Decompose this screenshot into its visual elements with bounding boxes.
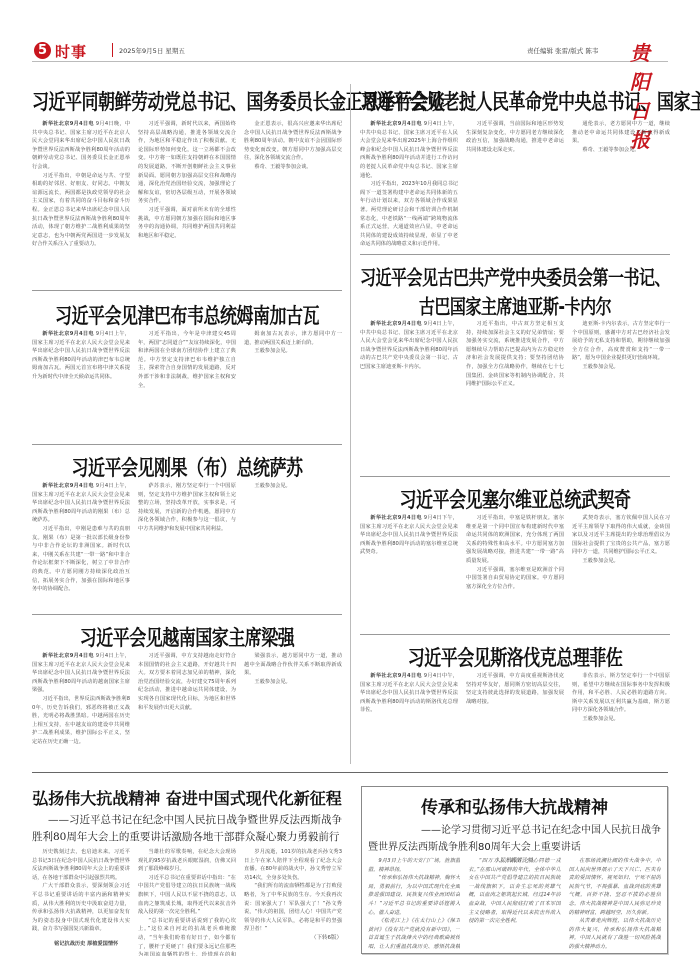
article-column: 通伦表示，老方愿同中方一道，继续推动老中命运共同体建设不断取得新成果。蔡奇、王毅… bbox=[572, 120, 670, 249]
editorial-headline: 传承和弘扬伟大抗战精神 bbox=[362, 793, 667, 818]
article-congo-meeting: 习近平会见刚果（布）总统萨苏 新华社北京9月4日电 9月4日上午，国家主席习近平… bbox=[32, 450, 342, 610]
article-column: 新华社北京9月4日电 9月4日上午，国家主席习近平在北京人民大会堂会见来华出席纪… bbox=[32, 330, 130, 440]
article-column: 迪亚斯-卡内尔表示，古方坚定奉行一个中国原则，感谢中方对古巴经济社会发展给予的无… bbox=[572, 320, 670, 470]
headline-line-1: 习近平会见古巴共产党中央委员会第一书记、 bbox=[360, 262, 670, 291]
article-serbia-meeting: 习近平会见塞尔维亚总统武契奇 新华社北京9月4日电 9月4日下午，国家主席习近平… bbox=[360, 482, 670, 630]
section-title: 时事 bbox=[55, 41, 87, 62]
feature-headline: 弘扬伟大抗战精神 奋进中国式现代化新征程 bbox=[32, 786, 342, 809]
feature-subheadline: ——习近平总书记在纪念中国人民抗日战争暨世界反法西斯战争 bbox=[32, 812, 342, 827]
column-divider bbox=[350, 84, 351, 764]
article-column: 萨苏表示，刚方坚定奉行一个中国原则，坚定支持中方维护国家主权和领土完整的立场，坚… bbox=[138, 482, 236, 610]
article-laos-meeting: 习近平会见老挝人民革命党中央总书记、国家主席通伦 新华社北京9月4日电 9月4日… bbox=[360, 84, 670, 249]
continued-note: （下转6版） bbox=[244, 934, 342, 943]
article-cuba-meeting: 习近平会见古巴共产党中央委员会第一书记、 古巴国家主席迪亚斯-卡内尔 新华社北京… bbox=[360, 262, 670, 472]
article-column: 在那场波澜壮阔的伟大战争中，中国人民向世界展示了天下兴亡、匹夫有责的爱国情怀，视… bbox=[569, 857, 661, 951]
article-column: 习近平强调，当前国际和地区形势发生深刻复杂变化，中方愿同老方继续深化政治互信，加… bbox=[466, 120, 564, 249]
article-dprk-talks: 习近平同朝鲜劳动党总书记、国务委员长金正恩举行会谈 新华社北京9月4日电 9月4… bbox=[32, 84, 342, 284]
article-column: 新华社北京9月4日电 9月4日上午，国家主席习近平在北京人民大会堂会见来华出席纪… bbox=[32, 652, 130, 760]
article-column: 新华社北京9月4日电 9月4日上午，中共中央总书记、国家主席习近平在人民大会堂会… bbox=[360, 120, 458, 249]
editorial-box: 传承和弘扬伟大抗战精神 ——论学习贯彻习近平总书记在纪念中国人民抗日战争 暨世界… bbox=[361, 786, 668, 954]
article-column: 9月3日上午的天安门广场，旌旗猎猎，精神昂扬。“传承和弘扬伟大抗战精神，胸怀大局… bbox=[368, 857, 460, 951]
article-column: 习近平强调，中方高度重视斯洛伐克坚持对华友好，愿同斯方密切高层交往，坚定支持彼此… bbox=[466, 672, 564, 764]
divider bbox=[360, 476, 670, 477]
divider bbox=[32, 290, 342, 291]
newspaper-page: 5 时事 2025年9月5日 星期五 责任编辑 张雷/版式 陈韦 贵阳日报 习近… bbox=[0, 0, 700, 977]
article-slovakia-meeting: 习近平会见斯洛伐克总理菲佐 新华社北京9月4日电 9月4日中午，国家主席习近平在… bbox=[360, 640, 670, 764]
issue-date: 2025年9月5日 星期五 bbox=[119, 46, 185, 55]
article-column: 当雄壮的军歌奏响，在纪念大会现场观礼的95岁抗战老兵眼眶湿润，仿佛又回到了那段峥… bbox=[138, 848, 236, 956]
headline: 习近平会见津巴布韦总统姆南加古瓦 bbox=[32, 298, 342, 329]
article-column: 新华社北京9月4日电 9月4日中午，国家主席习近平在北京人民大会堂会见来华出席纪… bbox=[360, 672, 458, 764]
article-column: 武契奇表示，塞方钦佩中国人民在习近平主席领导下取得的伟大成就，金砖国家以及习近平… bbox=[572, 514, 670, 630]
editorial-subheadline: 暨世界反法西斯战争胜利80周年大会上重要讲话 bbox=[362, 838, 667, 853]
masthead: 5 时事 2025年9月5日 星期五 责任编辑 张雷/版式 陈韦 贵阳日报 bbox=[32, 40, 668, 62]
article-vietnam-meeting: 习近平会见越南国家主席梁强 新华社北京9月4日电 9月4日上午，国家主席习近平在… bbox=[32, 620, 342, 760]
article-column: 习近平指出，中塞是铁杆朋友。塞尔维亚是第一个同中国宣布构建新时代中塞命运共同体的… bbox=[466, 514, 564, 630]
article-column: 新华社北京9月4日电 9月4日上午，国家主席习近平在北京人民大会堂会见来华出席纪… bbox=[32, 482, 130, 610]
article-column: 王毅参加会见。 bbox=[244, 482, 342, 610]
headline: 习近平同朝鲜劳动党总书记、国务委员长金正恩举行会谈 bbox=[32, 84, 342, 115]
article-column: 习近平指出，中古双方坚定相互支持，持续加深社会主义的好兄弟情谊；要加强务实交流，… bbox=[466, 320, 564, 470]
editor-credit: 责任编辑 张雷/版式 陈韦 bbox=[527, 46, 598, 55]
section-divider bbox=[112, 43, 113, 57]
divider bbox=[32, 444, 342, 445]
editorial-subheadline: ——论学习贯彻习近平总书记在纪念中国人民抗日战争 bbox=[362, 821, 667, 836]
article-column: 岁月流逝，101岁的抗战老兵孙文秀3日上午在家人陪伴下全程观看了纪念大会直播。在… bbox=[244, 848, 342, 956]
headline: 习近平会见塞尔维亚总统武契奇 bbox=[360, 482, 670, 513]
article-column: 历史镌刻过去，也启迪未来。习近平总书记3日在纪念中国人民抗日战争暨世界反法西斯战… bbox=[32, 848, 130, 956]
section-divider-line bbox=[32, 772, 668, 773]
feature-article-left: 弘扬伟大抗战精神 奋进中国式现代化新征程 ——习近平总书记在纪念中国人民抗日战争… bbox=[32, 786, 342, 956]
article-column: 梁强表示，越方愿同中方一道，推动越中全面战略合作伙伴关系不断取得新成果。王毅参加… bbox=[244, 652, 342, 760]
article-column: 新华社北京9月4日电 9月4日晚，中共中央总书记、国家主席习近平在北京人民大会堂… bbox=[32, 120, 130, 284]
article-column: “四万万人齐蹈厉，同心同德一戎衣。”在那山河破碎的年代，全体中华儿女在中国共产党… bbox=[468, 857, 560, 951]
headline: 习近平会见老挝人民革命党中央总书记、国家主席通伦 bbox=[360, 84, 670, 115]
page-number-badge: 5 bbox=[34, 42, 51, 59]
article-zimbabwe-meeting: 习近平会见津巴布韦总统姆南加古瓦 新华社北京9月4日电 9月4日上午，国家主席习… bbox=[32, 298, 342, 440]
headline-line-2: 古巴国家主席迪亚斯-卡内尔 bbox=[360, 291, 670, 320]
divider bbox=[360, 254, 670, 255]
divider bbox=[360, 634, 670, 635]
article-column: 新华社北京9月4日电 9月4日下午，国家主席习近平在北京人民大会堂会见来华出席纪… bbox=[360, 514, 458, 630]
headline: 习近平会见越南国家主席梁强 bbox=[32, 620, 342, 651]
article-column: 新华社北京9月4日电 9月4日上午，中共中央总书记、国家主席习近平在北京人民大会… bbox=[360, 320, 458, 470]
article-column: 姆南加古瓦表示，津方愿同中方一道，推动两国关系迈上新台阶。王毅参加会见。 bbox=[244, 330, 342, 440]
article-column: 习近平指出，今年是中津建交45周年，两国“志同道合”“友谊持续深化，中国和津两国… bbox=[138, 330, 236, 440]
article-column: 习近平强调，中方支持越南走好符合本国国情的社会主义道路，开好越共十四大。双方要本… bbox=[138, 652, 236, 760]
article-column: 习近平强调，新时代以来，两国始终坚持高层战略沟通，推进各领域交流合作，为地区和平… bbox=[138, 120, 236, 284]
article-column: 金正恩表示，很高兴应邀来华出席纪念中国人民抗日战争暨世界反法西斯战争胜利80周年… bbox=[244, 120, 342, 284]
article-column: 菲佐表示，斯方坚定奉行一个中国原则，希望中方继续在国际事务中发挥积极作用，和平必… bbox=[572, 672, 670, 764]
headline: 习近平会见刚果（布）总统萨苏 bbox=[32, 450, 342, 481]
divider bbox=[32, 614, 342, 615]
feature-subheadline: 胜利80周年大会上的重要讲话激励各地干部群众凝心聚力勇毅前行 bbox=[32, 829, 342, 844]
headline: 习近平会见斯洛伐克总理菲佐 bbox=[360, 640, 670, 671]
